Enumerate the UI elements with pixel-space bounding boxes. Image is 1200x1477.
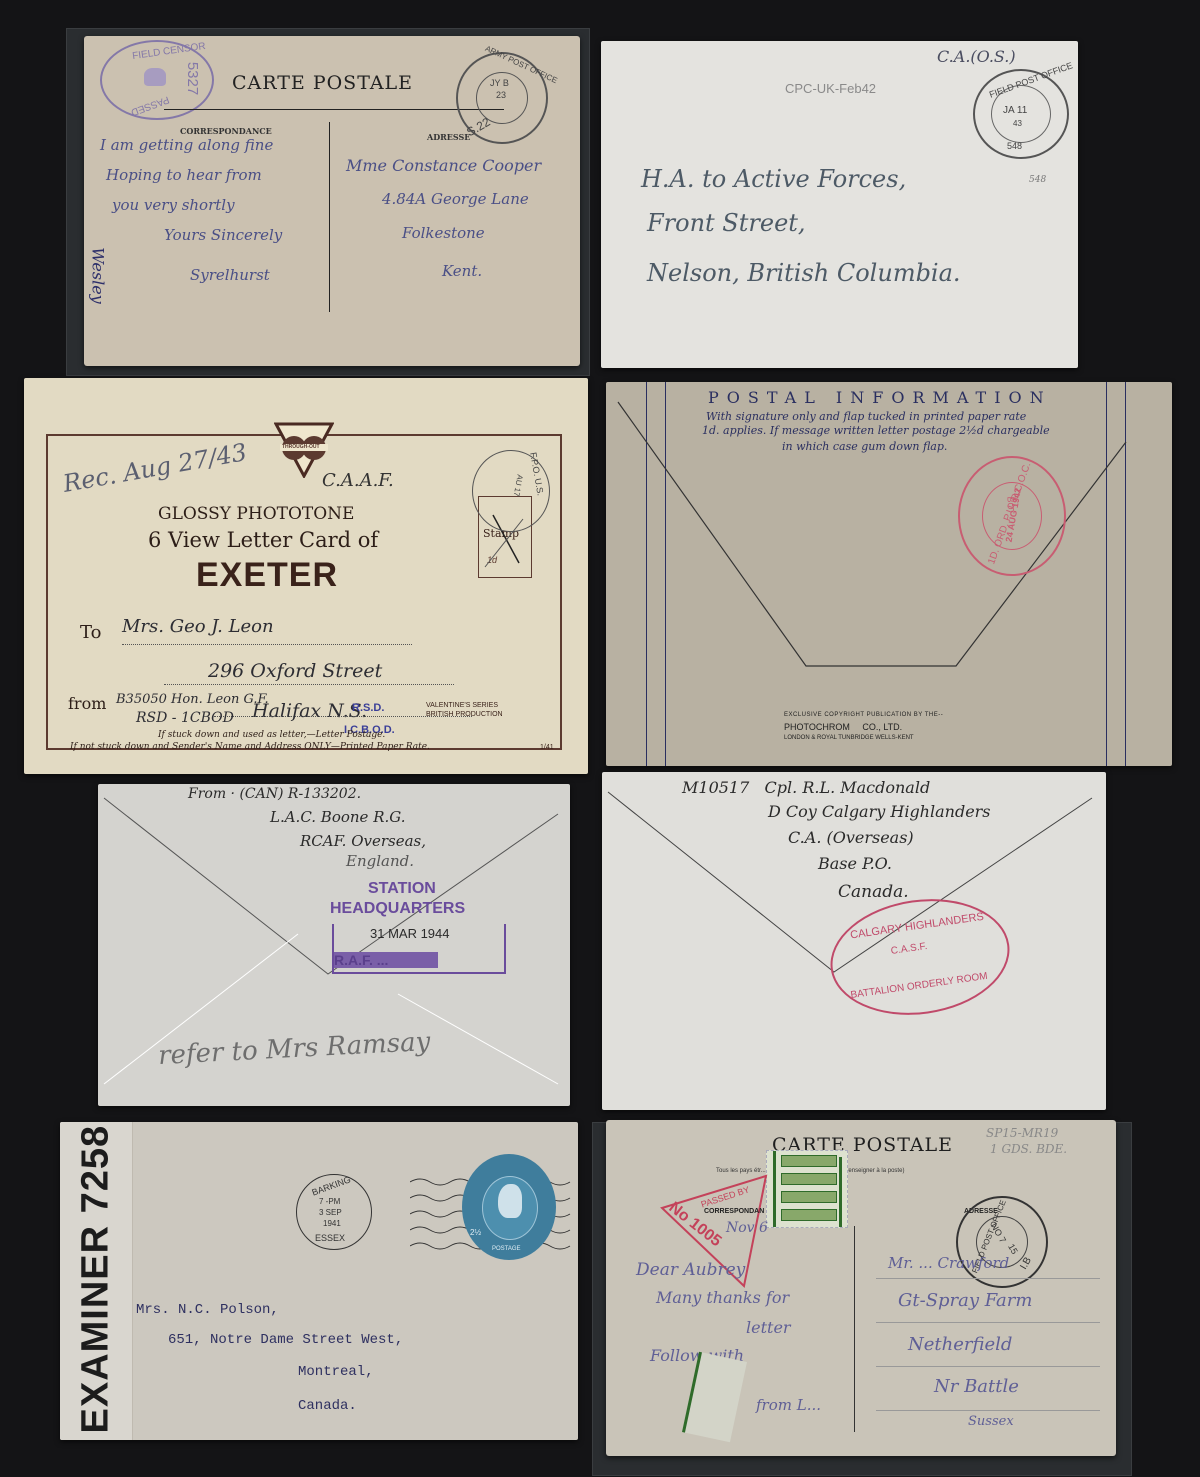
lettercard-exeter[interactable]: THROUGH-OUT Rec. Aug 27/43 C.A.A.F. GLOS… <box>24 378 588 774</box>
publisher-line-3: LONDON & ROYAL TUNBRIDGE WELLS-KENT <box>784 735 914 741</box>
green-stamp-icon <box>766 1150 848 1228</box>
address-dotted-line-2 <box>164 684 454 685</box>
red-receiving-postmark: 1D. ORD. P.U. R.C.O.C. BO 24 AUG 1942 <box>958 456 1066 576</box>
card-heading: CARTE POSTALE <box>232 72 413 94</box>
censor-label: EXAMINER 7258 <box>75 1134 118 1434</box>
cover-examiner-7258[interactable]: EXAMINER 7258 BARKING 7 -PM 3 SEP 1941 E… <box>60 1122 578 1440</box>
cover-back-boone-rcaf[interactable]: From · (CAN) R-133202. L.A.C. Boone R.G.… <box>98 784 570 1106</box>
torn-stamp-remnant <box>682 1352 747 1442</box>
info-line-3: in which case gum down flap. <box>782 440 947 453</box>
censor-signature: Wesley <box>89 247 108 303</box>
king-head-icon <box>498 1184 522 1218</box>
address-rule-1 <box>876 1278 1100 1279</box>
address-dotted-line-1 <box>122 644 412 645</box>
postcard-field-post-office[interactable]: CARTE POSTALE Tous les pays étr... corre… <box>606 1120 1116 1456</box>
headline-2: 6 View Letter Card of <box>148 528 378 552</box>
army-post-office-postmark: ARMY POST OFFICE JY B 23 S.22 <box>456 52 548 144</box>
footer-line-2: If not stuck down and Sender's Name and … <box>70 742 430 752</box>
footer-line-1: If stuck down and used as letter,—Letter… <box>158 730 385 740</box>
address-rule-3 <box>876 1366 1100 1367</box>
unit-note: C.A.A.F. <box>322 470 394 491</box>
publisher-line-2: PHOTOCHROM CO., LTD. <box>784 722 902 732</box>
pencil-note: CPC-UK-Feb42 <box>785 81 876 96</box>
unit-stamp-1: R.S.D. <box>352 702 384 714</box>
field-post-office-postmark: FIELD POST OFFICE JA 11 43 548 <box>973 69 1069 159</box>
sender-line-1: B35050 Hon. Leon G.F. <box>116 692 269 707</box>
logo-caption: THROUGH-OUT <box>282 444 320 450</box>
info-line-1: With signature only and flap tucked in p… <box>706 410 1026 423</box>
censor-top-text: FIELD CENSOR <box>132 41 207 62</box>
city-title: EXETER <box>196 556 338 595</box>
vertical-divider <box>329 122 330 312</box>
sender-line-2: RSD - 1CBOD <box>136 710 234 726</box>
pencil-note-1: SP15-MR19 <box>986 1126 1058 1140</box>
embossed-stamp-icon: 2½ POSTAGE <box>462 1154 556 1260</box>
unit-note: C.A.(O.S.) <box>937 47 1016 66</box>
fpo-postmark: F.P.O. U.S. AU 17 <box>472 450 550 532</box>
field-censor-stamp: FIELD CENSOR PASSED 5327 <box>100 40 214 120</box>
divider-line <box>164 109 504 110</box>
correspondence-label: CORRESPONDANCE <box>180 126 272 136</box>
info-line-2: 1d. applies. If message written letter p… <box>702 424 1050 437</box>
side-note: 548 <box>1029 175 1046 185</box>
address-label: ADRESSE <box>427 132 470 142</box>
field-post-office-postmark: FIELD POST OFFICE NO 7 15 I.B <box>956 1196 1048 1288</box>
publisher-1: VALENTINE'S SERIES <box>426 702 498 709</box>
publisher-line-1: EXCLUSIVE COPYRIGHT PUBLICATION BY THE-- <box>784 712 943 718</box>
cover-nelson-bc[interactable]: CPC-UK-Feb42 C.A.(O.S.) FIELD POST OFFIC… <box>601 41 1078 368</box>
publisher-2: BRITISH PRODUCTION <box>426 711 503 718</box>
crown-icon <box>144 68 166 86</box>
lettercard-back-postal-information[interactable]: POSTAL INFORMATION With signature only a… <box>606 382 1172 766</box>
correspondence-label: CORRESPONDAN <box>704 1208 764 1215</box>
from-label: from <box>68 694 106 713</box>
postal-information-header: POSTAL INFORMATION <box>708 388 1052 407</box>
postcard-army-post-office[interactable]: FIELD CENSOR PASSED 5327 CARTE POSTALE A… <box>84 36 580 366</box>
headline-1: GLOSSY PHOTOTONE <box>158 504 354 524</box>
address-rule-2 <box>876 1322 1100 1323</box>
censor-number: 5327 <box>184 62 201 95</box>
vertical-divider <box>854 1226 855 1432</box>
to-label: To <box>80 622 101 643</box>
form-code: 1/41 <box>540 744 554 751</box>
address-rule-4 <box>876 1410 1100 1411</box>
cover-back-calgary-highlanders[interactable]: M10517 Cpl. R.L. Macdonald D Coy Calgary… <box>602 772 1106 1110</box>
pencil-note-2: 1 GDS. BDE. <box>990 1142 1067 1156</box>
barking-postmark: BARKING 7 -PM 3 SEP 1941 ESSEX <box>296 1174 372 1250</box>
censor-bottom-text: PASSED <box>129 94 170 118</box>
